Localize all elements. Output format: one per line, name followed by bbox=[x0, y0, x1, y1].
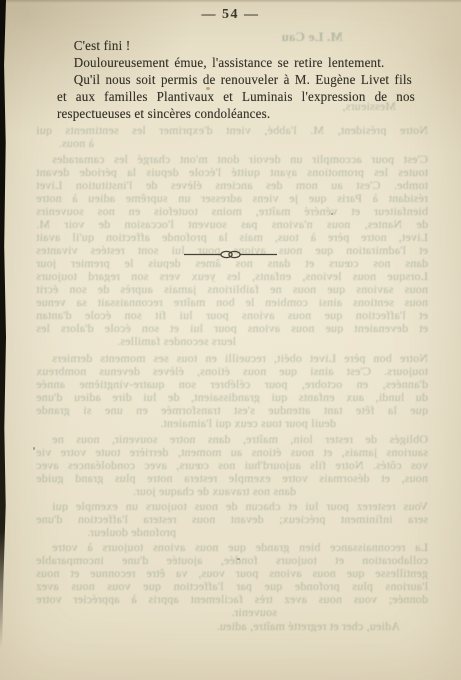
paper-speck bbox=[237, 558, 240, 560]
ghost-text-line: à nous. bbox=[36, 137, 94, 149]
ghost-text-line: nous savions que nous ne faiblirions jam… bbox=[36, 283, 428, 295]
ghost-text-line: dans nos travaux de chaque jour. bbox=[36, 485, 296, 497]
knot-divider-icon bbox=[184, 248, 277, 261]
ghost-text-line: collaboration et toujours fondée, ajouté… bbox=[36, 554, 428, 566]
paper-speck bbox=[206, 87, 210, 90]
scan-edge-left bbox=[0, 0, 6, 648]
ghost-text-line: Lorsque nous levions, enfants, les yeux … bbox=[36, 270, 428, 282]
ghost-text-line: toujours. C'est ainsi que nous étions, é… bbox=[36, 365, 428, 377]
ghost-text-line: Notre bon père Livet obéit, recueilli en… bbox=[52, 352, 428, 364]
ghost-text-line: vos côtés. Notre fils aujourd'hui nos cœ… bbox=[36, 459, 428, 471]
text-line: C'est fini ! bbox=[57, 38, 402, 55]
ghost-text-line: d'années, en octobre, pour célébrer son … bbox=[36, 378, 428, 390]
text-line: Douloureusement émue, l'assistance se re… bbox=[57, 55, 402, 72]
ghost-text-line: et devenaient que nous avions pour lui e… bbox=[36, 322, 428, 334]
text-line: Qu'il nous soit permis de renouveler à M… bbox=[57, 72, 402, 89]
ghost-text-line: souvenir. bbox=[215, 606, 277, 618]
paper-speck bbox=[331, 213, 333, 215]
ghost-text-line: C'est pour accomplir un devoir dont m'on… bbox=[52, 153, 428, 165]
ghost-text-line: Adieu, cher et regretté maître, adieu. bbox=[188, 620, 400, 632]
ghost-text-line: La reconnaissance bien grande que nous a… bbox=[52, 541, 428, 553]
ghost-text-line: gentillesse que nous avions pour vous, v… bbox=[36, 567, 428, 579]
paper-speck bbox=[33, 447, 35, 450]
ghost-text-line: deuil pour tous ceux qui l'aimaient. bbox=[36, 417, 336, 429]
ghost-text-line: bienfaiteur et vénéré maître, moins tout… bbox=[36, 205, 428, 217]
ghost-text-line: leurs secondes familles. bbox=[36, 335, 236, 347]
ghost-text-line: Vous resterez pour lui et chacun de nous… bbox=[52, 500, 428, 512]
ghost-text-line: Livet, notre père à tous, mais la profon… bbox=[36, 231, 428, 243]
ghost-text-line: profonde douleur. bbox=[36, 526, 176, 538]
ghost-text-line: sera infiniment précieux; devant nous re… bbox=[36, 513, 428, 525]
ghost-text-line: donnée; vous nous avez très facilement a… bbox=[36, 593, 428, 605]
ghost-text-line: l'aurions plus profonde que par l'affect… bbox=[36, 580, 428, 592]
scan-edge-top bbox=[0, 0, 461, 3]
ghost-text-line: Notre président, M. l'abbé, vient d'expr… bbox=[36, 124, 428, 136]
text-line: respectueuses et sincères condoléances. bbox=[57, 106, 402, 123]
ghost-text-line: et l'affection que nous avions pour lui … bbox=[36, 309, 428, 321]
ghost-text-line: saurions jamais, et nous étions au momen… bbox=[36, 446, 428, 458]
main-text-block: C'est fini ! Douloureusement émue, l'ass… bbox=[57, 38, 428, 123]
ghost-text-line: nous, et désormais votre exemple restera… bbox=[36, 472, 428, 484]
book-page-scan: — 54 — M. Le CauMessieurs,Notre présiden… bbox=[0, 0, 461, 680]
ghost-text-line: tombe. C'est au nom des anciens élèves d… bbox=[36, 179, 428, 191]
ghost-text-line: du lundi, aux enfants qui grandissaient,… bbox=[36, 391, 428, 403]
ghost-text-line: de Nantes, nous n'avions pas souvent l'o… bbox=[36, 218, 428, 230]
ghost-text-line: nous sentions ainsi combien le bon maîtr… bbox=[36, 296, 428, 308]
page-number: — 54 — bbox=[0, 7, 461, 23]
text-line: et aux familles Plantivaux et Luminais l… bbox=[57, 89, 402, 106]
ghost-text-line: que la fête tant attendue s'est transfor… bbox=[36, 404, 428, 416]
ghost-text-line: toutes les promotions ayant quitté l'éco… bbox=[36, 166, 428, 178]
ghost-text-line: résidant à Paris que je viens adresser u… bbox=[36, 192, 428, 204]
ghost-text-line: Obligés de rester loin, maître, dans not… bbox=[52, 433, 428, 445]
